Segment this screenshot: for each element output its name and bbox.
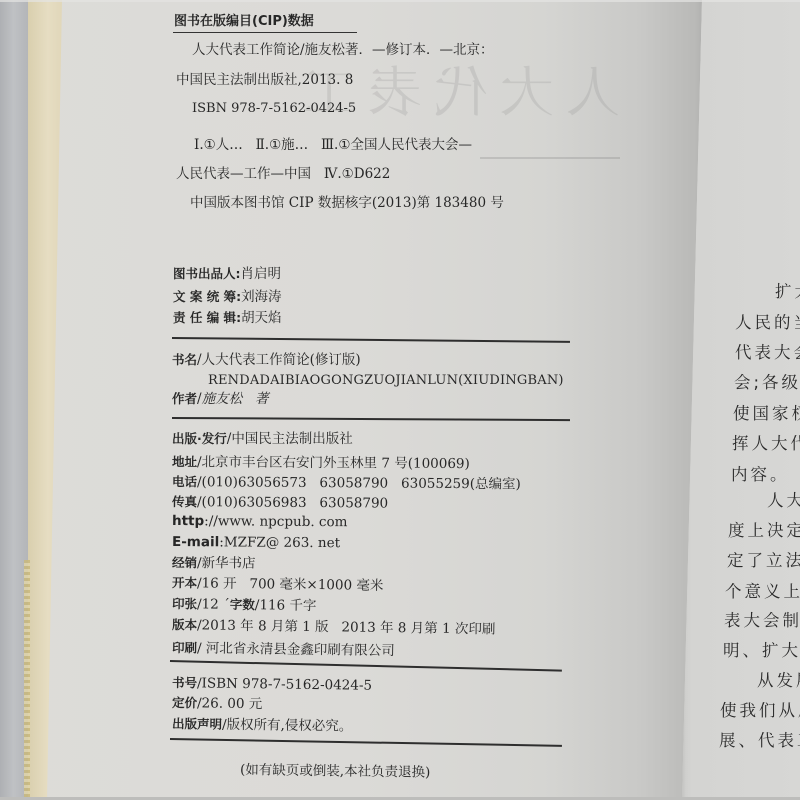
pricing-label: 书号 [172,675,197,690]
top-edge [0,0,800,2]
pub-label: 出版·发行 [172,431,227,446]
right-page-line: 度上决定 [728,521,800,541]
right-page-line: 定了立法 [727,551,800,571]
pub-label: 印刷 [172,640,197,655]
pub-label: 传真 [172,494,197,509]
right-page-line: 展、代表工 [719,731,800,751]
right-page-line: 会;各级 [734,373,800,393]
pub-format: 开本/16 开 700 毫米×1000 毫米 [172,575,384,594]
pub-label: 地址 [172,454,197,469]
cip-line: 人大代表工作简论/施友松著．—修订本．—北京： [192,42,494,58]
right-page-line: 个意义上 [725,582,800,602]
credit-editor: 责 任 编 辑:胡天焰 [173,310,282,326]
isbn-line: 书号/ISBN 978-7-5162-0424-5 [172,675,372,694]
right-page-line: 明、扩大人 [723,641,800,661]
pub-label: E-mail [172,534,219,550]
pub-fax: 传真/(010)63056983 63058790 [172,494,388,512]
pub-value: 16 开 700 毫米×1000 毫米 [201,575,383,594]
pub-address: 地址/北京市丰台区右安门外玉林里 7 号(100069) [172,454,470,472]
pricing-label: 出版声明 [172,716,222,732]
pub-label: 电话 [172,474,197,489]
book-title-pinyin: RENDADAIBIAOGONGZUOJIANLUN(XIUDINGBAN) [208,373,564,389]
cip-line: Ⅰ.①人… Ⅱ.①施… Ⅲ.①全国人民代表大会— [194,137,472,153]
credit-value: 肖启明 [241,266,282,282]
pub-label: http [172,513,204,529]
copyright-value: 版权所有,侵权必究。 [226,717,352,735]
pub-label: 印张 [172,596,197,611]
cip-heading-underline [173,32,357,33]
pub-value: (010)63056983 63058790 [202,494,389,511]
pub-distributor: 经销/新华书店 [172,555,256,572]
pricing-label: 定价 [172,695,197,710]
pub-value: 河北省永清县金鑫印刷有限公司 [206,640,395,659]
book-author: 作者/施友松 著 [172,391,268,407]
credit-planner: 文 案 统 筹:刘海涛 [173,289,282,305]
right-page-line: 人大 [767,491,800,511]
pub-label: 版本 [172,617,197,632]
pub-value: 中国民主法制出版社 [231,431,353,447]
price-line: 定价/26. 00 元 [172,695,263,712]
pub-label: 字数 [230,597,255,612]
cip-isbn: ISBN 978-7-5162-0424-5 [192,101,356,117]
right-page-line: 内容。 [731,465,790,485]
isbn-value: ISBN 978-7-5162-0424-5 [201,675,372,693]
book-title-value: 人大代表工作简论(修订版) [202,352,361,368]
credit-value: 刘海涛 [241,289,282,305]
bleed-through-rule [480,157,620,159]
pub-value: 12 ´ [201,596,229,612]
book-title: 书名/人大代表工作简论(修订版) [172,352,361,368]
author-suffix: 著 [255,391,269,407]
right-page-line: 扩大 [775,282,800,302]
sep: :// [204,513,218,529]
cip-line: 中国版本图书馆 CIP 数据核字(2013)第 183480 号 [190,195,504,211]
right-page-line: 从发展 [757,671,800,691]
pub-value: 116 千字 [259,597,316,614]
pub-label: 开本 [172,575,197,590]
pub-value: MZFZ@ 263. net [224,534,340,551]
price-value: 26. 00 元 [201,695,262,712]
sep: / [197,640,206,656]
pub-website: http://www. npcpub. com [172,513,348,530]
book-title-label: 书名 [172,352,197,367]
footer-note: (如有缺页或倒装,本社负责退换) [240,762,431,781]
cip-line: 中国民主法制出版社,2013. 8 [176,72,353,88]
pub-publisher: 出版·发行/中国民主法制出版社 [172,431,353,447]
credit-publisher: 图书出品人:肖启明 [173,266,281,282]
pub-sheets-wordcount: 印张/12 ´字数/116 千字 [172,596,317,614]
pub-value: 新华书店 [202,555,256,571]
pub-value: (010)63056573 63058790 63055259(总编室) [202,474,521,492]
right-page-line: 代表大会 [735,343,800,363]
cip-line: 人民代表—工作—中国 Ⅳ.①D622 [176,166,390,182]
credit-label: 图书出品人 [173,266,236,281]
cip-heading: 图书在版编目(CIP)数据 [174,14,314,30]
pub-email: E-mail:MZFZ@ 263. net [172,534,340,551]
author-label: 作者 [172,391,197,406]
credit-label: 文 案 统 筹 [173,289,236,304]
right-page-line: 挥人大代 [732,434,800,454]
right-page-line: 人民的当 [735,313,800,333]
credit-value: 胡天焰 [241,310,282,326]
credit-label: 责 任 编 辑 [173,310,236,325]
copyright-statement: 出版声明/版权所有,侵权必究。 [172,716,353,735]
pub-label: 经销 [172,555,197,570]
pub-phone: 电话/(010)63056573 63058790 63055259(总编室) [172,474,521,492]
right-page-line: 使我们从历 [720,701,800,721]
right-page-line: 使国家权 [733,404,800,424]
right-page-line: 表大会制 [724,611,800,631]
page-stack-edge [24,560,30,800]
author-name: 施友松 [202,391,243,407]
pub-value: www. npcpub. com [218,513,348,530]
pub-value: 北京市丰台区右安门外玉林里 7 号(100069) [202,454,470,472]
pub-printer: 印刷/ 河北省永清县金鑫印刷有限公司 [172,640,395,659]
